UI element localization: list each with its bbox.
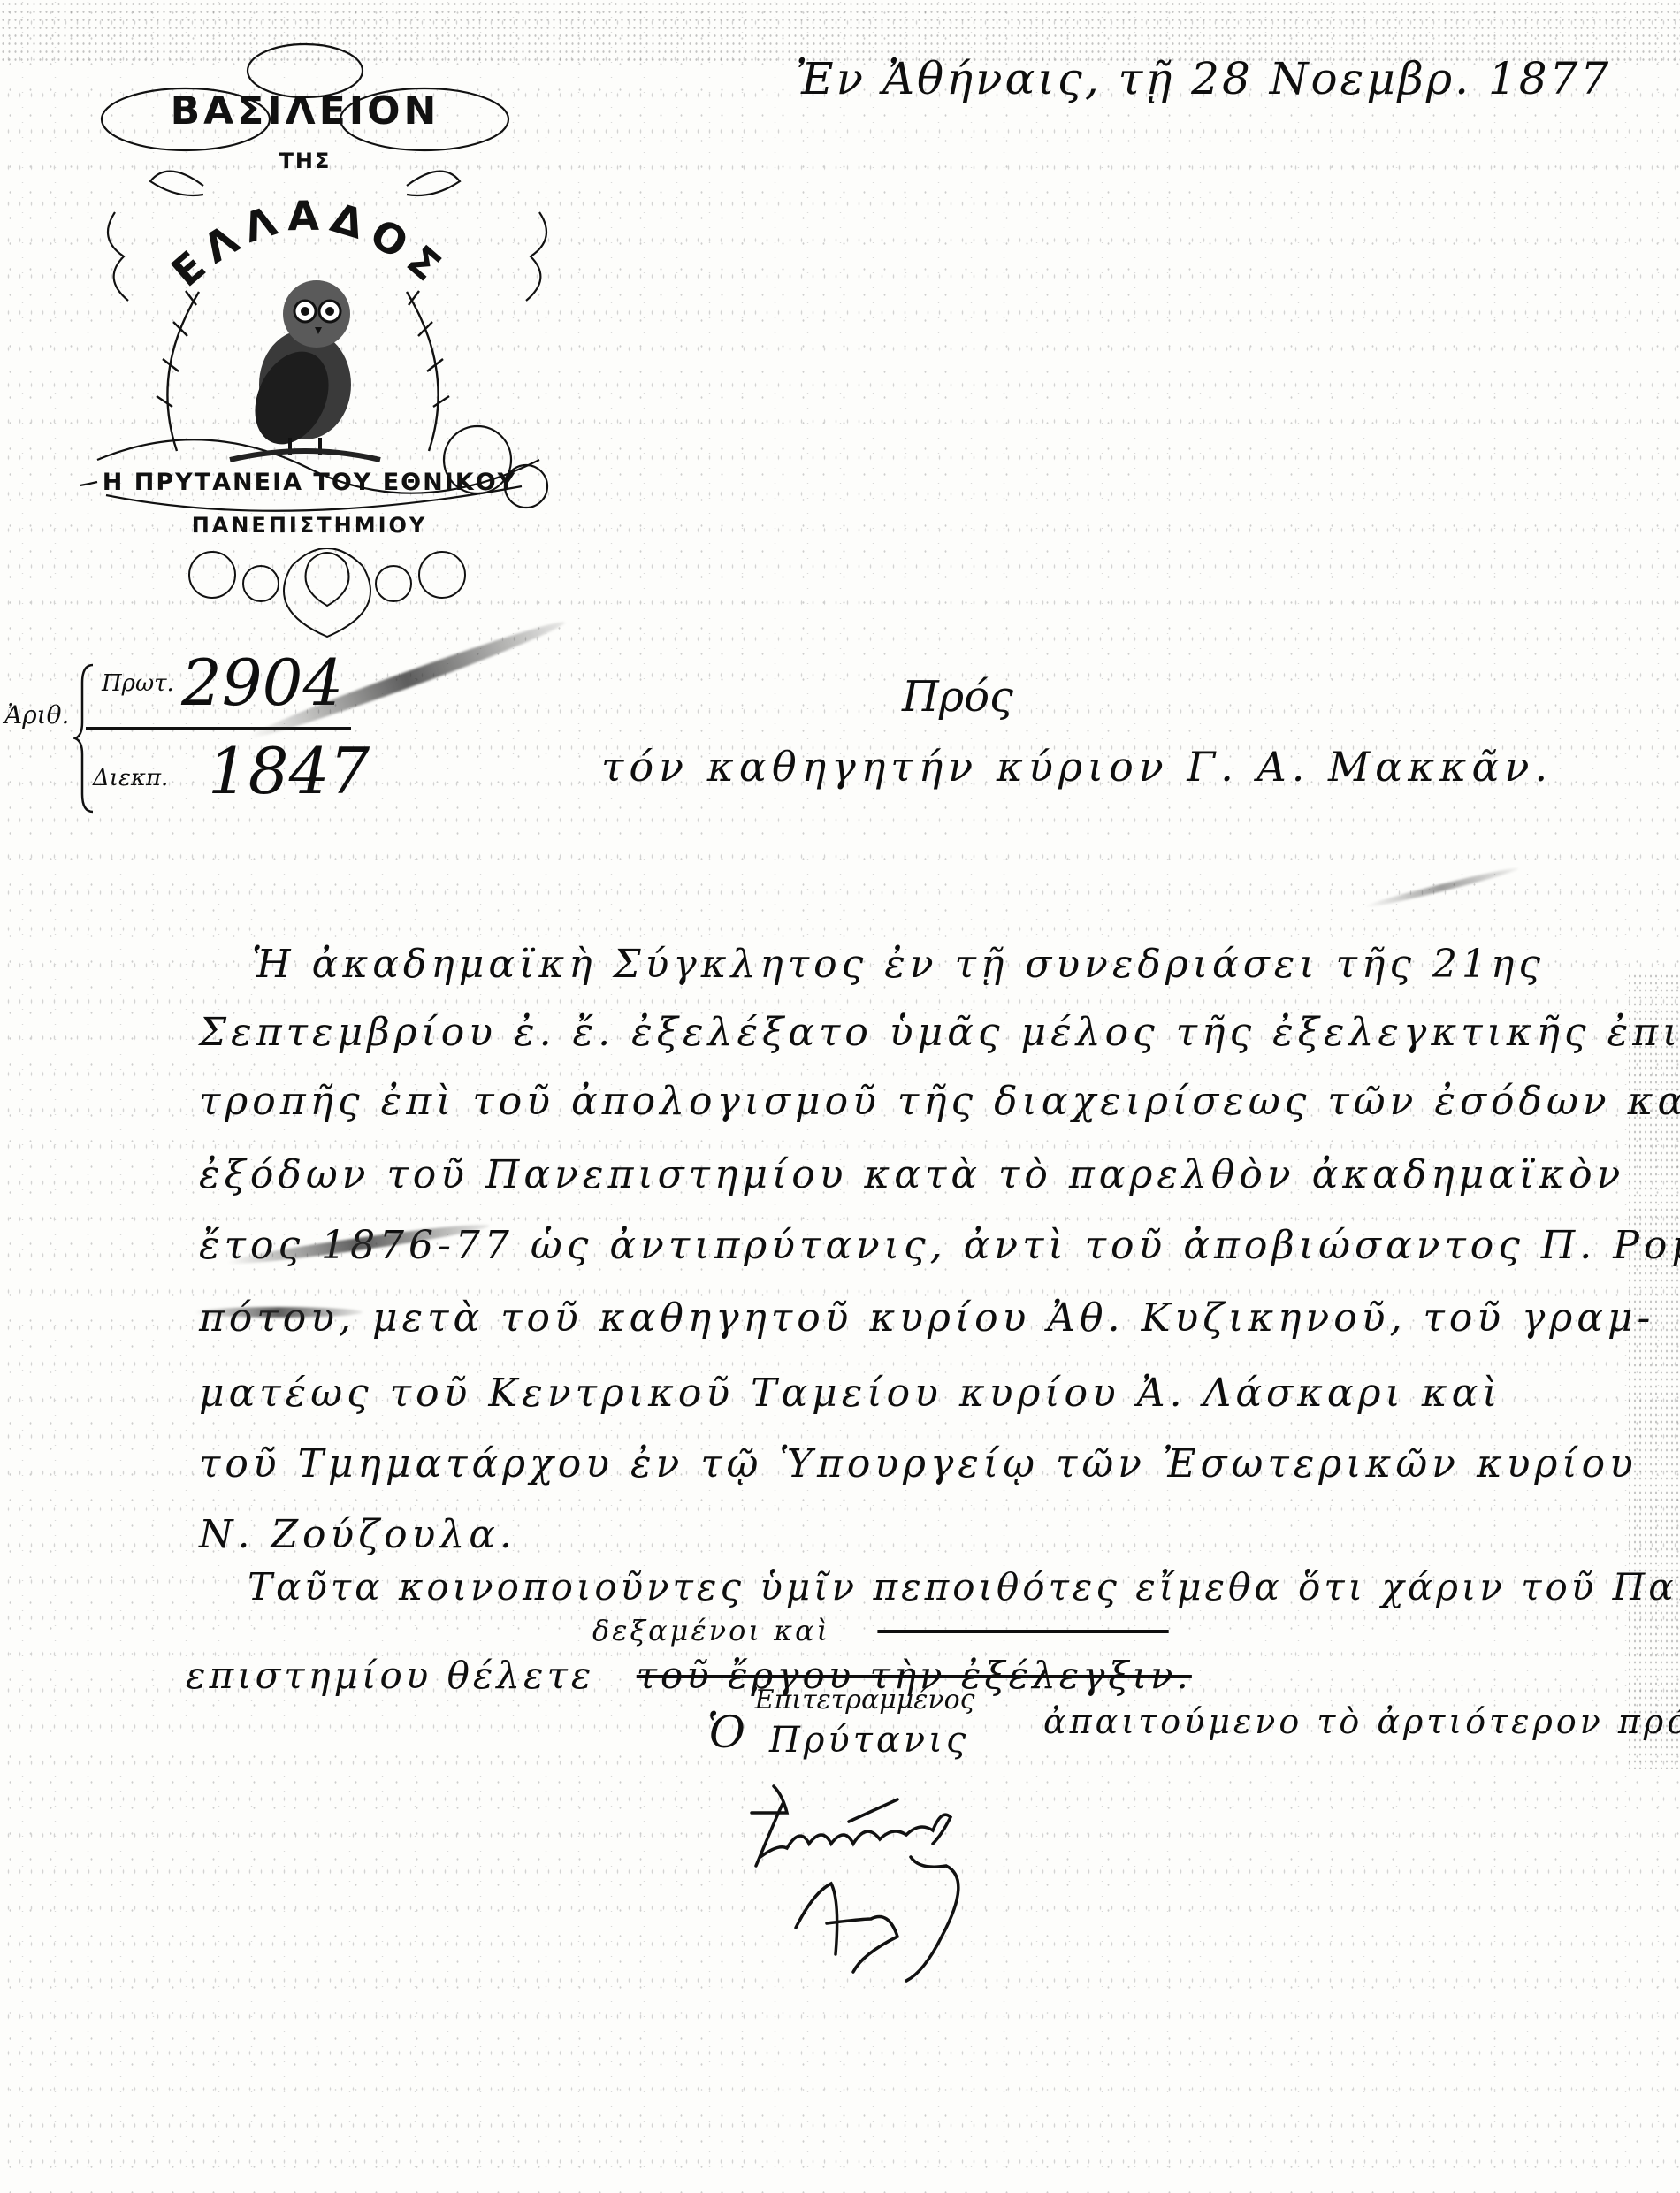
- date-text: Ἐν Ἀθήναις, τῇ 28 Νοεμβρ. 1877: [796, 53, 1611, 104]
- strike-smear-name: [195, 1307, 363, 1318]
- body-line-8: τοῦ Τμηματάρχου ἐν τῷ Ὑπουργείῳ τῶν Ἐσωτ…: [199, 1441, 1638, 1486]
- closing-line-2-text: επιστημίου θέλετε: [186, 1654, 594, 1697]
- brace-icon: [73, 663, 95, 814]
- kingdom-of: ΤΗΣ: [261, 149, 349, 173]
- recipient-line: τόν καθηγητήν κύριον Γ. Α. Μακκᾶν.: [601, 743, 1553, 791]
- ink-smear-2: [1363, 865, 1520, 910]
- signature-title: Πρύτανις: [769, 1720, 969, 1761]
- body-line-6: πότου, μετὰ τοῦ καθηγητοῦ κυρίου Ἀθ. Κυζ…: [199, 1295, 1654, 1341]
- country-arc-title: ΕΛΛΑΔΟΣ: [141, 177, 477, 318]
- reference-divider: [86, 727, 351, 730]
- signature-title-above: Ἐπιτετραμμένος: [752, 1685, 974, 1715]
- closing-line-1: Ταῦτα κοινοποιοῦντες ὑμῖν πεποιθότες εἴμ…: [248, 1565, 1680, 1608]
- reference-block: Ἀριθ. Πρωτ. 2904 Διεκπ. 1847: [4, 646, 376, 840]
- institution-line-1: Η ΠΡΥΤΑΝΕΙΑ ΤΟΥ ΕΘΝΙΚΟΥ: [44, 469, 575, 496]
- closing-insert: δεξαμένοι καὶ: [592, 1614, 1169, 1647]
- dispatch-number: 1847: [208, 734, 370, 808]
- protocol-label: Πρωτ.: [102, 670, 174, 697]
- body-line-3: τροπῆς ἐπὶ τοῦ ἀπολογισμοῦ τῆς διαχειρίσ…: [199, 1079, 1680, 1124]
- svg-text:ΕΛΛΑΔΟΣ: ΕΛΛΑΔΟΣ: [163, 192, 457, 296]
- flourish-ornament-bottom: [168, 548, 486, 646]
- body-line-4: ἐξόδων τοῦ Πανεπιστημίου κατὰ τὸ παρελθὸ…: [199, 1152, 1624, 1197]
- dispatch-label: Διεκπ.: [93, 765, 168, 791]
- insert-text: δεξαμένοι καὶ: [592, 1614, 830, 1647]
- dateline: Ἐν Ἀθήναις, τῇ 28 Νοεμβρ. 1877: [796, 53, 1611, 104]
- signature-prefix: Ὁ: [707, 1707, 745, 1758]
- reference-label: Ἀριθ.: [4, 700, 69, 730]
- body-line-9: Ν. Ζούζουλα.: [199, 1512, 516, 1557]
- kingdom-title: ΒΑΣΙΛΕΙΟΝ: [128, 88, 482, 134]
- body-line-1: Ἡ ἀκαδημαϊκὴ Σύγκλητος ἐν τῇ συνεδριάσει…: [252, 942, 1545, 987]
- closing-tail: ἀπαιτούμενο τὸ ἀρτιότερον πρόθυμον.: [1043, 1702, 1680, 1741]
- closing-line-2: επιστημίου θέλετε τοῦ ἔργου τὴν ἐξέλεγξι…: [186, 1654, 1192, 1697]
- letterhead: ΒΑΣΙΛΕΙΟΝ ΤΗΣ ΕΛΛΑΔΟΣ Η ΠΡΥΤΑΝΕΙΑ ΤΟΥ ΕΘ…: [80, 35, 575, 601]
- body-line-7: ματέως τοῦ Κεντρικοῦ Ταμείου κυρίου Ἀ. Λ…: [199, 1371, 1502, 1416]
- struck-insert: [877, 1614, 1168, 1647]
- salutation: Πρός: [902, 672, 1013, 722]
- institution-line-2: ΠΑΝΕΠΙΣΤΗΜΙΟΥ: [124, 513, 495, 538]
- body-line-2: Σεπτεμβρίου ἐ. ἔ. ἐξελέξατο ὑμᾶς μέλος τ…: [199, 1010, 1680, 1055]
- signature-scrawl: [743, 1760, 1096, 1990]
